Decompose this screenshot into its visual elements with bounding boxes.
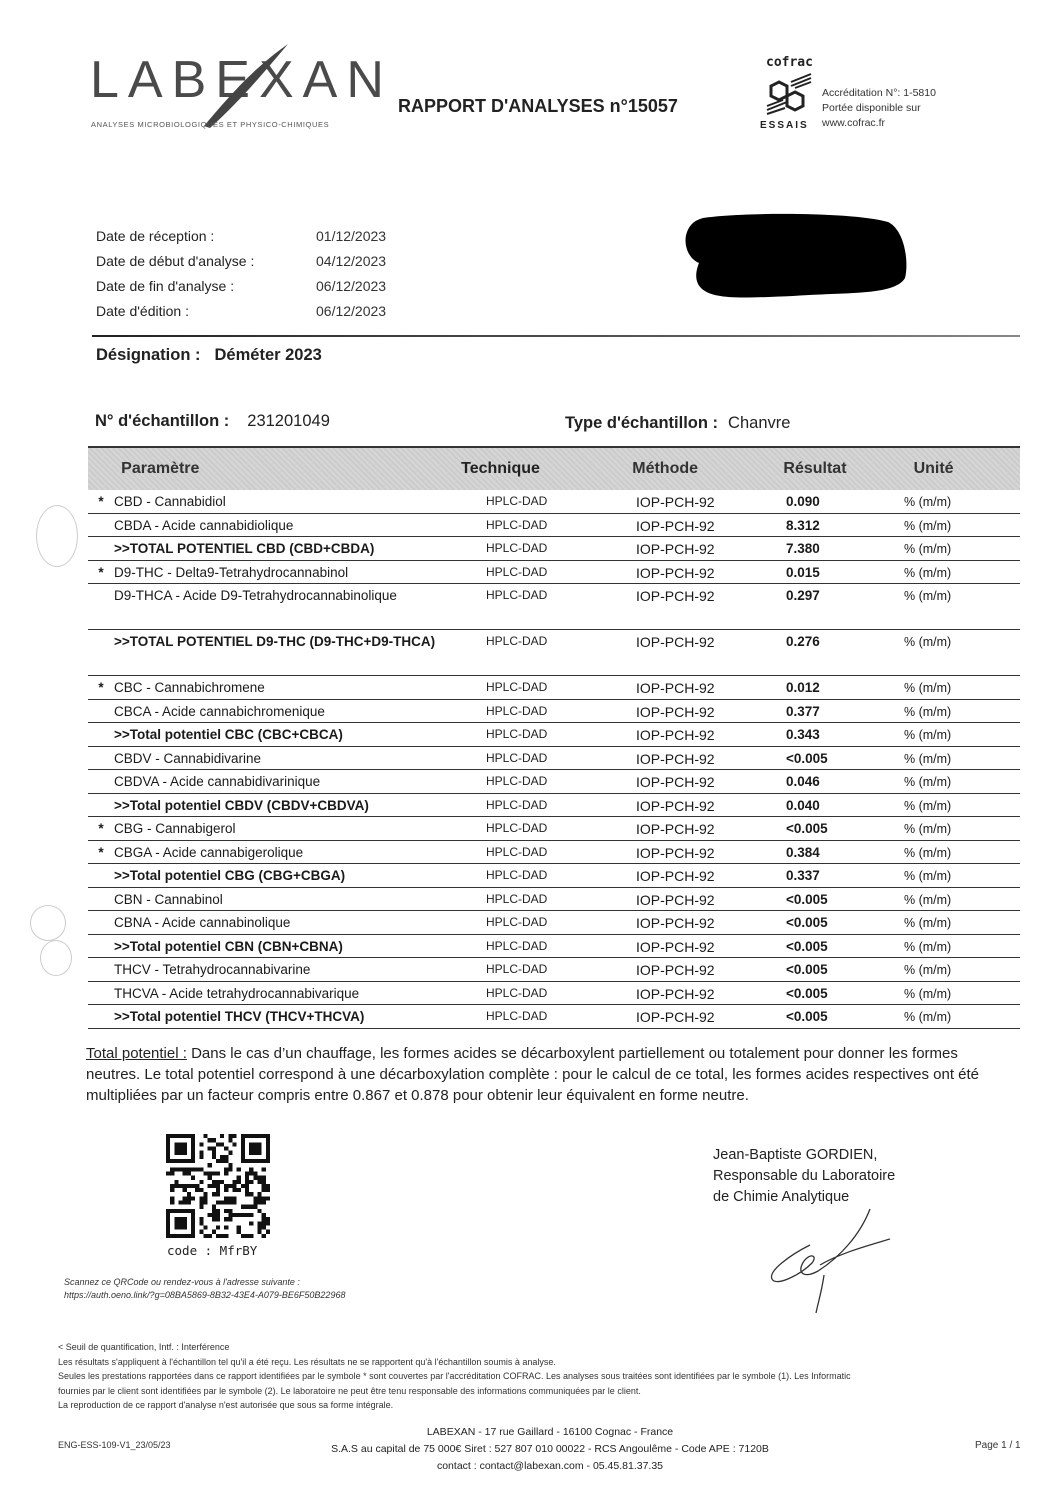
parameter-cell: CBN - Cannabinol <box>114 888 486 909</box>
date-row-start: Date de début d'analyse : 04/12/2023 <box>96 248 386 273</box>
technique-cell: HPLC-DAD <box>486 537 636 555</box>
unit-cell: % (m/m) <box>904 747 1014 766</box>
method-cell: IOP-PCH-92 <box>636 490 786 510</box>
cofrac-website: www.cofrac.fr <box>822 116 936 131</box>
note-label: Total potentiel : <box>86 1045 187 1062</box>
date-label: Date d'édition : <box>96 303 316 319</box>
result-cell: <0.005 <box>786 982 904 1001</box>
logo-subtitle: Analyses microbiologiques et physico-chi… <box>91 120 329 129</box>
qr-verification-link[interactable]: https://auth.oeno.link/?g=08BA5869-8B32-… <box>64 1289 345 1302</box>
method-cell: IOP-PCH-92 <box>636 747 786 767</box>
redacted-client-address <box>683 208 908 300</box>
parameter-cell: >>TOTAL POTENTIEL CBD (CBD+CBDA) <box>114 537 486 558</box>
sample-type-label: Type d'échantillon : <box>565 414 718 432</box>
hole-punch-mark <box>36 505 78 567</box>
hole-punch-mark <box>30 905 66 941</box>
technique-cell: HPLC-DAD <box>486 911 636 929</box>
method-cell: IOP-PCH-92 <box>636 630 786 650</box>
sample-number-value: 231201049 <box>247 412 330 430</box>
parameter-cell: THCVA - Acide tetrahydrocannabivarique <box>114 982 486 1003</box>
technique-cell: HPLC-DAD <box>486 584 636 602</box>
table-row: >>Total potentiel CBDV (CBDV+CBDVA)HPLC-… <box>88 794 1020 818</box>
date-value: 04/12/2023 <box>316 253 386 269</box>
result-cell: 0.297 <box>786 584 904 603</box>
table-body: *CBD - CannabidiolHPLC-DADIOP-PCH-920.09… <box>88 490 1020 1029</box>
cofrac-accredited-marker <box>88 888 114 892</box>
table-row: THCVA - Acide tetrahydrocannabivariqueHP… <box>88 982 1020 1006</box>
cofrac-accredited-marker <box>88 700 114 704</box>
section-divider <box>92 335 1020 337</box>
unit-cell: % (m/m) <box>904 561 1014 580</box>
cofrac-accredited-marker: * <box>88 490 114 509</box>
unit-cell: % (m/m) <box>904 935 1014 954</box>
cofrac-brand: cofrac <box>766 55 813 70</box>
technique-cell: HPLC-DAD <box>486 982 636 1000</box>
method-cell: IOP-PCH-92 <box>636 935 786 955</box>
parameter-cell: >>Total potentiel THCV (THCV+THCVA) <box>114 1005 486 1026</box>
technique-cell: HPLC-DAD <box>486 841 636 859</box>
signer-role: Responsable du Laboratoire <box>713 1166 895 1187</box>
technique-cell: HPLC-DAD <box>486 935 636 953</box>
result-cell: 0.343 <box>786 723 904 742</box>
method-cell: IOP-PCH-92 <box>636 514 786 534</box>
unit-cell: % (m/m) <box>904 584 1014 603</box>
result-cell: 0.015 <box>786 561 904 580</box>
qr-verification-code: code : MfrBY <box>167 1243 257 1258</box>
table-row: *CBD - CannabidiolHPLC-DADIOP-PCH-920.09… <box>88 490 1020 514</box>
parameter-cell: CBNA - Acide cannabinolique <box>114 911 486 932</box>
table-row: THCV - TetrahydrocannabivarineHPLC-DADIO… <box>88 958 1020 982</box>
cofrac-accredited-marker <box>88 935 114 939</box>
accreditation-info: Accréditation N°: 1-5810 Portée disponib… <box>822 86 936 131</box>
table-row: >>Total potentiel CBG (CBG+CBGA)HPLC-DAD… <box>88 864 1020 888</box>
legal-line: La reproduction de ce rapport d'analyse … <box>58 1398 1058 1413</box>
parameter-cell: >>Total potentiel CBG (CBG+CBGA) <box>114 864 486 885</box>
table-header: Paramètre Technique Méthode Résultat Uni… <box>88 446 1020 490</box>
technique-cell: HPLC-DAD <box>486 723 636 741</box>
cofrac-accredited-marker <box>88 584 114 588</box>
parameter-cell: >>Total potentiel CBC (CBC+CBCA) <box>114 723 486 744</box>
technique-cell: HPLC-DAD <box>486 490 636 508</box>
date-label: Date de début d'analyse : <box>96 253 316 269</box>
cofrac-accredited-marker <box>88 747 114 751</box>
cofrac-essais-label: ESSAIS <box>760 120 809 131</box>
company-footer: LABEXAN - 17 rue Gaillard - 16100 Cognac… <box>270 1424 830 1475</box>
parameter-cell: CBDV - Cannabidivarine <box>114 747 486 768</box>
method-cell: IOP-PCH-92 <box>636 676 786 696</box>
method-cell: IOP-PCH-92 <box>636 864 786 884</box>
parameter-cell: CBG - Cannabigerol <box>114 817 486 838</box>
handwritten-signature <box>760 1205 900 1315</box>
total-potential-note: Total potentiel : Dans le cas d’un chauf… <box>86 1043 986 1106</box>
method-cell: IOP-PCH-92 <box>636 958 786 978</box>
result-cell: 0.384 <box>786 841 904 860</box>
accreditation-scope: Portée disponible sur <box>822 101 936 116</box>
unit-cell: % (m/m) <box>904 630 1014 649</box>
result-cell: <0.005 <box>786 911 904 930</box>
unit-cell: % (m/m) <box>904 676 1014 695</box>
result-cell: 0.040 <box>786 794 904 813</box>
parameter-cell: CBDA - Acide cannabidiolique <box>114 514 486 535</box>
column-header-result: Résultat <box>783 460 897 478</box>
result-cell: <0.005 <box>786 935 904 954</box>
unit-cell: % (m/m) <box>904 794 1014 813</box>
table-row: CBNA - Acide cannabinoliqueHPLC-DADIOP-P… <box>88 911 1020 935</box>
company-address: LABEXAN - 17 rue Gaillard - 16100 Cognac… <box>270 1424 830 1441</box>
column-header-parameter: Paramètre <box>113 460 481 478</box>
cofrac-accredited-marker <box>88 770 114 774</box>
qr-instructions: Scannez ce QRCode ou rendez-vous à l'adr… <box>64 1276 345 1302</box>
column-header-method: Méthode <box>606 460 777 478</box>
report-title: RAPPORT D'ANALYSES n°15057 <box>398 96 678 117</box>
method-cell: IOP-PCH-92 <box>636 723 786 743</box>
result-cell: <0.005 <box>786 958 904 977</box>
technique-cell: HPLC-DAD <box>486 561 636 579</box>
table-row: >>Total potentiel THCV (THCV+THCVA)HPLC-… <box>88 1005 1020 1029</box>
method-cell: IOP-PCH-92 <box>636 841 786 861</box>
technique-cell: HPLC-DAD <box>486 1005 636 1023</box>
table-row: CBDVA - Acide cannabidivariniqueHPLC-DAD… <box>88 770 1020 794</box>
date-value: 06/12/2023 <box>316 303 386 319</box>
note-text: Dans le cas d’un chauffage, les formes a… <box>86 1045 979 1104</box>
unit-cell: % (m/m) <box>904 911 1014 930</box>
cofrac-accredited-marker <box>88 514 114 518</box>
hole-punch-mark <box>40 940 72 976</box>
result-cell: 8.312 <box>786 514 904 533</box>
unit-cell: % (m/m) <box>904 864 1014 883</box>
technique-cell: HPLC-DAD <box>486 864 636 882</box>
cofrac-accredited-marker: * <box>88 841 114 860</box>
designation: Désignation :Déméter 2023 <box>96 346 322 365</box>
table-row: >>TOTAL POTENTIEL D9-THC (D9-THC+D9-THCA… <box>88 630 1020 676</box>
method-cell: IOP-PCH-92 <box>636 817 786 837</box>
cofrac-accredited-marker <box>88 794 114 798</box>
date-row-end: Date de fin d'analyse : 06/12/2023 <box>96 273 386 298</box>
parameter-cell: CBD - Cannabidiol <box>114 490 486 511</box>
legal-line: fournies par le client sont identifiées … <box>58 1384 1058 1399</box>
result-cell: 0.012 <box>786 676 904 695</box>
unit-cell: % (m/m) <box>904 723 1014 742</box>
table-row: CBDA - Acide cannabidioliqueHPLC-DADIOP-… <box>88 514 1020 538</box>
cofrac-accredited-marker <box>88 864 114 868</box>
unit-cell: % (m/m) <box>904 982 1014 1001</box>
table-row: *D9-THC - Delta9-TetrahydrocannabinolHPL… <box>88 561 1020 585</box>
date-label: Date de fin d'analyse : <box>96 278 316 294</box>
result-cell: <0.005 <box>786 888 904 907</box>
table-row: D9-THCA - Acide D9-Tetrahydrocannabinoli… <box>88 584 1020 630</box>
result-cell: 0.377 <box>786 700 904 719</box>
technique-cell: HPLC-DAD <box>486 958 636 976</box>
method-cell: IOP-PCH-92 <box>636 770 786 790</box>
parameter-cell: THCV - Tetrahydrocannabivarine <box>114 958 486 979</box>
cofrac-accredited-marker: * <box>88 561 114 580</box>
cofrac-accredited-marker: * <box>88 817 114 836</box>
column-header-unit: Unité <box>898 460 1020 478</box>
sample-type-value: Chanvre <box>728 414 790 432</box>
cofrac-accredited-marker <box>88 1005 114 1009</box>
technique-cell: HPLC-DAD <box>486 630 636 648</box>
parameter-cell: D9-THCA - Acide D9-Tetrahydrocannabinoli… <box>114 584 486 605</box>
unit-cell: % (m/m) <box>904 1005 1014 1024</box>
qr-code-icon[interactable] <box>166 1134 270 1238</box>
qr-instructions-text: Scannez ce QRCode ou rendez-vous à l'adr… <box>64 1276 345 1289</box>
company-contact: contact : contact@labexan.com - 05.45.81… <box>270 1458 830 1475</box>
method-cell: IOP-PCH-92 <box>636 911 786 931</box>
technique-cell: HPLC-DAD <box>486 700 636 718</box>
table-row: >>TOTAL POTENTIEL CBD (CBD+CBDA)HPLC-DAD… <box>88 537 1020 561</box>
unit-cell: % (m/m) <box>904 537 1014 556</box>
legal-line: Seules les prestations rapportées dans c… <box>58 1369 1058 1384</box>
designation-value: Déméter 2023 <box>215 346 322 364</box>
sample-number-label: N° d'échantillon : <box>95 412 229 430</box>
date-value: 06/12/2023 <box>316 278 386 294</box>
designation-label: Désignation : <box>96 346 201 364</box>
accreditation-number: Accréditation N°: 1-5810 <box>822 86 936 101</box>
result-cell: 0.337 <box>786 864 904 883</box>
cofrac-hexagon-icon <box>765 72 813 116</box>
legal-notices: < Seuil de quantification, Intf. : Inter… <box>58 1340 1058 1413</box>
method-cell: IOP-PCH-92 <box>636 561 786 581</box>
logo-swoosh-icon <box>196 40 296 130</box>
unit-cell: % (m/m) <box>904 841 1014 860</box>
parameter-cell: D9-THC - Delta9-Tetrahydrocannabinol <box>114 561 486 582</box>
legal-line: < Seuil de quantification, Intf. : Inter… <box>58 1340 1058 1355</box>
technique-cell: HPLC-DAD <box>486 676 636 694</box>
result-cell: 0.276 <box>786 630 904 649</box>
table-row: *CBC - CannabichromeneHPLC-DADIOP-PCH-92… <box>88 676 1020 700</box>
legal-line: Les résultats s'appliquent à l'échantill… <box>58 1355 1058 1370</box>
result-cell: <0.005 <box>786 1005 904 1024</box>
unit-cell: % (m/m) <box>904 770 1014 789</box>
parameter-cell: CBC - Cannabichromene <box>114 676 486 697</box>
result-cell: 0.090 <box>786 490 904 509</box>
cofrac-accredited-marker <box>88 537 114 541</box>
signer-name: Jean-Baptiste GORDIEN, <box>713 1145 895 1166</box>
technique-cell: HPLC-DAD <box>486 817 636 835</box>
table-row: CBN - CannabinolHPLC-DADIOP-PCH-92<0.005… <box>88 888 1020 912</box>
parameter-cell: >>TOTAL POTENTIEL D9-THC (D9-THC+D9-THCA… <box>114 630 486 651</box>
results-table: Paramètre Technique Méthode Résultat Uni… <box>88 446 1020 1029</box>
date-row-reception: Date de réception : 01/12/2023 <box>96 223 386 248</box>
document-reference: ENG-ESS-109-V1_23/05/23 <box>58 1440 171 1450</box>
result-cell: <0.005 <box>786 817 904 836</box>
page-number: Page 1 / 1 <box>975 1440 1021 1451</box>
date-label: Date de réception : <box>96 228 316 244</box>
dates-block: Date de réception : 01/12/2023 Date de d… <box>96 223 386 323</box>
technique-cell: HPLC-DAD <box>486 770 636 788</box>
parameter-cell: CBGA - Acide cannabigerolique <box>114 841 486 862</box>
unit-cell: % (m/m) <box>904 490 1014 509</box>
technique-cell: HPLC-DAD <box>486 514 636 532</box>
sample-number: N° d'échantillon :231201049 <box>95 412 330 431</box>
parameter-cell: CBCA - Acide cannabichromenique <box>114 700 486 721</box>
method-cell: IOP-PCH-92 <box>636 888 786 908</box>
company-registration: S.A.S au capital de 75 000€ Siret : 527 … <box>270 1441 830 1458</box>
technique-cell: HPLC-DAD <box>486 747 636 765</box>
parameter-cell: >>Total potentiel CBDV (CBDV+CBDVA) <box>114 794 486 815</box>
method-cell: IOP-PCH-92 <box>636 794 786 814</box>
result-cell: <0.005 <box>786 747 904 766</box>
unit-cell: % (m/m) <box>904 817 1014 836</box>
table-row: >>Total potentiel CBN (CBN+CBNA)HPLC-DAD… <box>88 935 1020 959</box>
column-header-technique: Technique <box>461 460 606 478</box>
method-cell: IOP-PCH-92 <box>636 700 786 720</box>
cofrac-accredited-marker <box>88 982 114 986</box>
result-cell: 0.046 <box>786 770 904 789</box>
parameter-cell: CBDVA - Acide cannabidivarinique <box>114 770 486 791</box>
result-cell: 7.380 <box>786 537 904 556</box>
sample-type: Type d'échantillon :Chanvre <box>565 414 790 433</box>
unit-cell: % (m/m) <box>904 958 1014 977</box>
table-row: *CBG - CannabigerolHPLC-DADIOP-PCH-92<0.… <box>88 817 1020 841</box>
method-cell: IOP-PCH-92 <box>636 537 786 557</box>
unit-cell: % (m/m) <box>904 888 1014 907</box>
method-cell: IOP-PCH-92 <box>636 982 786 1002</box>
cofrac-accredited-marker <box>88 958 114 962</box>
technique-cell: HPLC-DAD <box>486 888 636 906</box>
cofrac-accredited-marker <box>88 723 114 727</box>
table-row: CBCA - Acide cannabichromeniqueHPLC-DADI… <box>88 700 1020 724</box>
table-row: >>Total potentiel CBC (CBC+CBCA)HPLC-DAD… <box>88 723 1020 747</box>
unit-cell: % (m/m) <box>904 700 1014 719</box>
signer-block: Jean-Baptiste GORDIEN, Responsable du La… <box>713 1145 895 1208</box>
method-cell: IOP-PCH-92 <box>636 584 786 604</box>
cofrac-accredited-marker: * <box>88 676 114 695</box>
unit-cell: % (m/m) <box>904 514 1014 533</box>
technique-cell: HPLC-DAD <box>486 794 636 812</box>
cofrac-accredited-marker <box>88 911 114 915</box>
table-row: *CBGA - Acide cannabigeroliqueHPLC-DADIO… <box>88 841 1020 865</box>
cofrac-accredited-marker <box>88 630 114 634</box>
method-cell: IOP-PCH-92 <box>636 1005 786 1025</box>
date-row-edition: Date d'édition : 06/12/2023 <box>96 298 386 323</box>
date-value: 01/12/2023 <box>316 228 386 244</box>
table-row: CBDV - CannabidivarineHPLC-DADIOP-PCH-92… <box>88 747 1020 771</box>
parameter-cell: >>Total potentiel CBN (CBN+CBNA) <box>114 935 486 956</box>
